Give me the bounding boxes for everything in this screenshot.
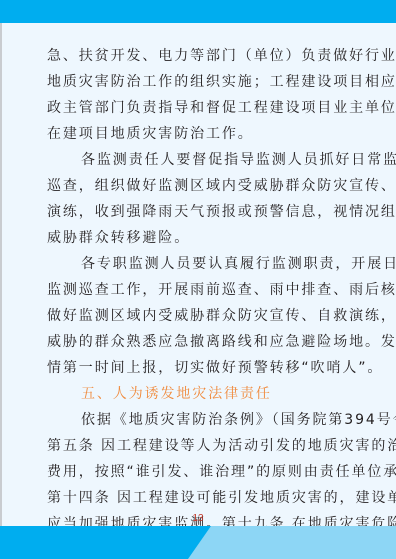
- text-line: 威胁的群众熟悉应急撤离路线和应急避险场地。发现险: [47, 329, 357, 355]
- footer-band: [0, 526, 396, 559]
- text-line: 演练，收到强降雨天气预报或预警信息，视情况组织受: [47, 199, 357, 225]
- text-line: 在建项目地质灾害防治工作。: [47, 121, 357, 147]
- text-line: 第五条 因工程建设等人为活动引发的地质灾害的治理: [47, 433, 357, 459]
- paragraph-start: 各监测责任人要督促指导监测人员抓好日常监测: [47, 147, 357, 173]
- paragraph-start: 依据《地质灾害防治条例》（国务院第394号令）: [47, 407, 357, 433]
- text-line: 监测巡查工作，开展雨前巡查、雨中排查、雨后核查，: [47, 277, 357, 303]
- document-body: 急、扶贫开发、电力等部门（单位）负责做好行业领域 地质灾害防治工作的组织实施；工…: [47, 43, 357, 559]
- page-edge: [0, 23, 2, 526]
- text-line: 情第一时间上报，切实做好预警转移“吹哨人”。: [47, 355, 357, 381]
- text-line: 做好监测区域内受威胁群众防灾宣传、自救演练，让受: [47, 303, 357, 329]
- text-line: 威胁群众转移避险。: [47, 225, 357, 251]
- paragraph-start: 各专职监测人员要认真履行监测职责，开展日常: [47, 251, 357, 277]
- top-banner: [0, 0, 396, 23]
- text-line: 地质灾害防治工作的组织实施；工程建设项目相应的行: [47, 69, 357, 95]
- page-number: 13: [0, 513, 396, 524]
- text-line: 第十四条 因工程建设可能引发地质灾害的，建设单位: [47, 485, 357, 511]
- text-line: 政主管部门负责指导和督促工程建设项目业主单位做好: [47, 95, 357, 121]
- text-line: 急、扶贫开发、电力等部门（单位）负责做好行业领域: [47, 43, 357, 69]
- text-line: 巡查，组织做好监测区域内受威胁群众防灾宣传、自救: [47, 173, 357, 199]
- section-heading: 五、人为诱发地灾法律责任: [47, 381, 357, 407]
- text-line: 费用，按照“谁引发、谁治理”的原则由责任单位承担。: [47, 459, 357, 485]
